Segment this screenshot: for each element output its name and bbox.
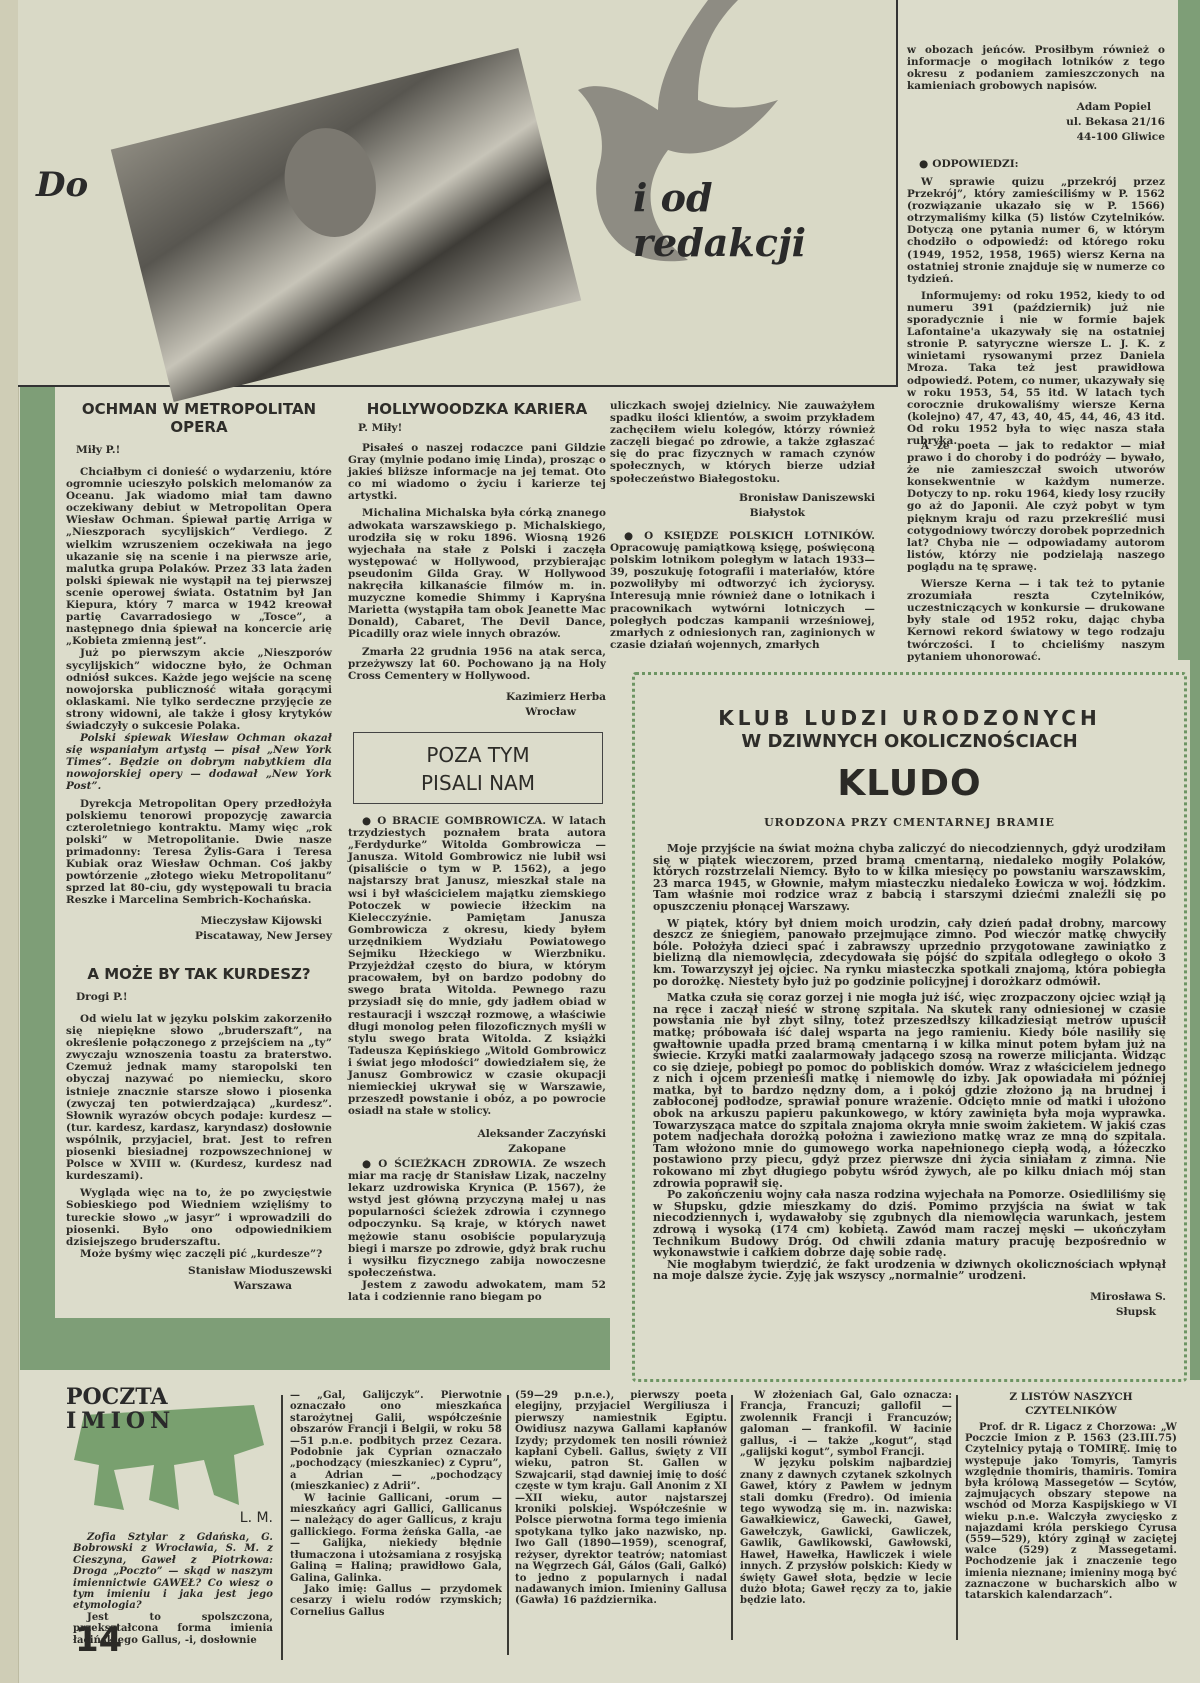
signature: Adam Popiel [907, 100, 1151, 115]
signature: Mirosława S. [653, 1290, 1166, 1305]
column-rule [731, 1395, 733, 1640]
lead: O BRACIE GOMBROWICZA. [362, 815, 546, 827]
city: Wrocław [348, 705, 576, 720]
header-banner: Do i od redakcji [18, 0, 898, 387]
article-ochman: OCHMAN W METROPOLITAN OPERA Miły P.! Chc… [66, 400, 332, 944]
salutation: Miły P.! [76, 444, 332, 456]
poza-tym-box: POZA TYM PISALI NAM [353, 732, 603, 804]
odpowiedzi-heading: ODPOWIEDZI: [919, 158, 1165, 170]
dove-silhouette-icon [508, 0, 848, 330]
salutation: P. Miły! [358, 422, 606, 434]
salutation: Drogi P.! [76, 991, 332, 1003]
letter-sciezki: O ŚCIEŻKACH ZDROWIA. Ze wszech miar ma r… [348, 1158, 606, 1303]
odpowiedzi-continued: A że poeta — jak to redaktor — miał praw… [907, 440, 1165, 663]
letter-sciezki-continued: uliczkach swojej dzielnicy. Nie zauważył… [610, 400, 875, 521]
z-listow-section: Z LISTÓW NASZYCH CZYTELNIKÓW Prof. dr R.… [965, 1390, 1177, 1601]
header-title-left: Do [36, 165, 88, 205]
kludo-story: Moje przyjście na świat można chyba zali… [653, 843, 1166, 1282]
poczta-imion-col4: W złożeniach Gal, Galo oznacza: Francja,… [740, 1390, 952, 1607]
author: L. M. [73, 1510, 273, 1526]
article-title: HOLLYWOODZKA KARIERA [348, 400, 606, 418]
green-band-left [20, 385, 55, 1370]
z-listow-title: Z LISTÓW NASZYCH CZYTELNIKÓW [965, 1390, 1177, 1418]
article-title: A MOŻE BY TAK KURDESZ? [66, 965, 332, 983]
column-rule [507, 1395, 509, 1655]
lead: O KSIĘDZE POLSKICH LOTNIKÓW. [624, 530, 875, 542]
address-city: 44-100 Gliwice [907, 130, 1165, 145]
kludo-box: KLUB LUDZI URODZONYCH W DZIWNYCH OKOLICZ… [632, 672, 1187, 1382]
page-edge [0, 0, 19, 1683]
city: Białystok [610, 506, 805, 521]
kludo-subtitle: URODZONA PRZY CMENTARNEJ BRAMIE [653, 816, 1166, 829]
letter-gombrowicz: O BRACIE GOMBROWICZA. W latach trzydzies… [348, 815, 606, 1157]
green-band-top-right [1178, 0, 1200, 660]
poczta-imion-col3: (59—29 p.n.e.), pierwszy poeta elegijny,… [515, 1390, 727, 1607]
poczta-imion-logo: POCZTA IMION [64, 1385, 274, 1515]
city: Zakopane [348, 1142, 566, 1157]
letter-lotnicy: O KSIĘDZE POLSKICH LOTNIKÓW. Opracowuję … [610, 530, 875, 651]
lead: O ŚCIEŻKACH ZDROWIA. [362, 1158, 536, 1170]
odpowiedzi-section: ODPOWIEDZI: W sprawie quizu „przekrój pr… [907, 150, 1165, 447]
green-band-bottom [20, 1318, 610, 1370]
city: Warszawa [66, 1279, 292, 1294]
signature: Kazimierz Herba [348, 690, 606, 705]
article-kurdesz: A MOŻE BY TAK KURDESZ? Drogi P.! Od wiel… [66, 965, 332, 1294]
poczta-imion-col2: — „Gal, Galijczyk”. Pierwotnie oznaczało… [290, 1390, 502, 1618]
column-rule [956, 1395, 958, 1640]
article-hollywood: HOLLYWOODZKA KARIERA P. Miły! Pisałeś o … [348, 400, 606, 720]
poczta-imion-title: POCZTA IMION [66, 1385, 175, 1433]
green-band-right-mid [1190, 660, 1200, 1380]
header-title-right: i od redakcji [633, 175, 896, 265]
popiel-text: w obozach jeńców. Prosiłbym również o in… [907, 44, 1165, 92]
popiel-letter: w obozach jeńców. Prosiłbym również o in… [907, 44, 1165, 145]
signature: Mieczysław Kijowski [66, 914, 322, 929]
article-title: OCHMAN W METROPOLITAN OPERA [66, 400, 332, 436]
kludo-title-big: KLUDO [653, 763, 1166, 804]
city: Piscataway, New Jersey [66, 929, 332, 944]
kludo-title-line2: W DZIWNYCH OKOLICZNOŚCIACH [653, 731, 1166, 753]
signature: Bronisław Daniszewski [610, 491, 875, 506]
kludo-title-line1: KLUB LUDZI URODZONYCH [653, 705, 1166, 731]
address-street: ul. Bekasa 21/16 [907, 115, 1165, 130]
signature: Aleksander Zaczyński [348, 1127, 606, 1142]
column-rule [281, 1395, 283, 1660]
signature: Stanisław Mioduszewski [66, 1264, 332, 1279]
city: Słupsk [653, 1305, 1156, 1320]
page-number: 14 [75, 1620, 122, 1660]
